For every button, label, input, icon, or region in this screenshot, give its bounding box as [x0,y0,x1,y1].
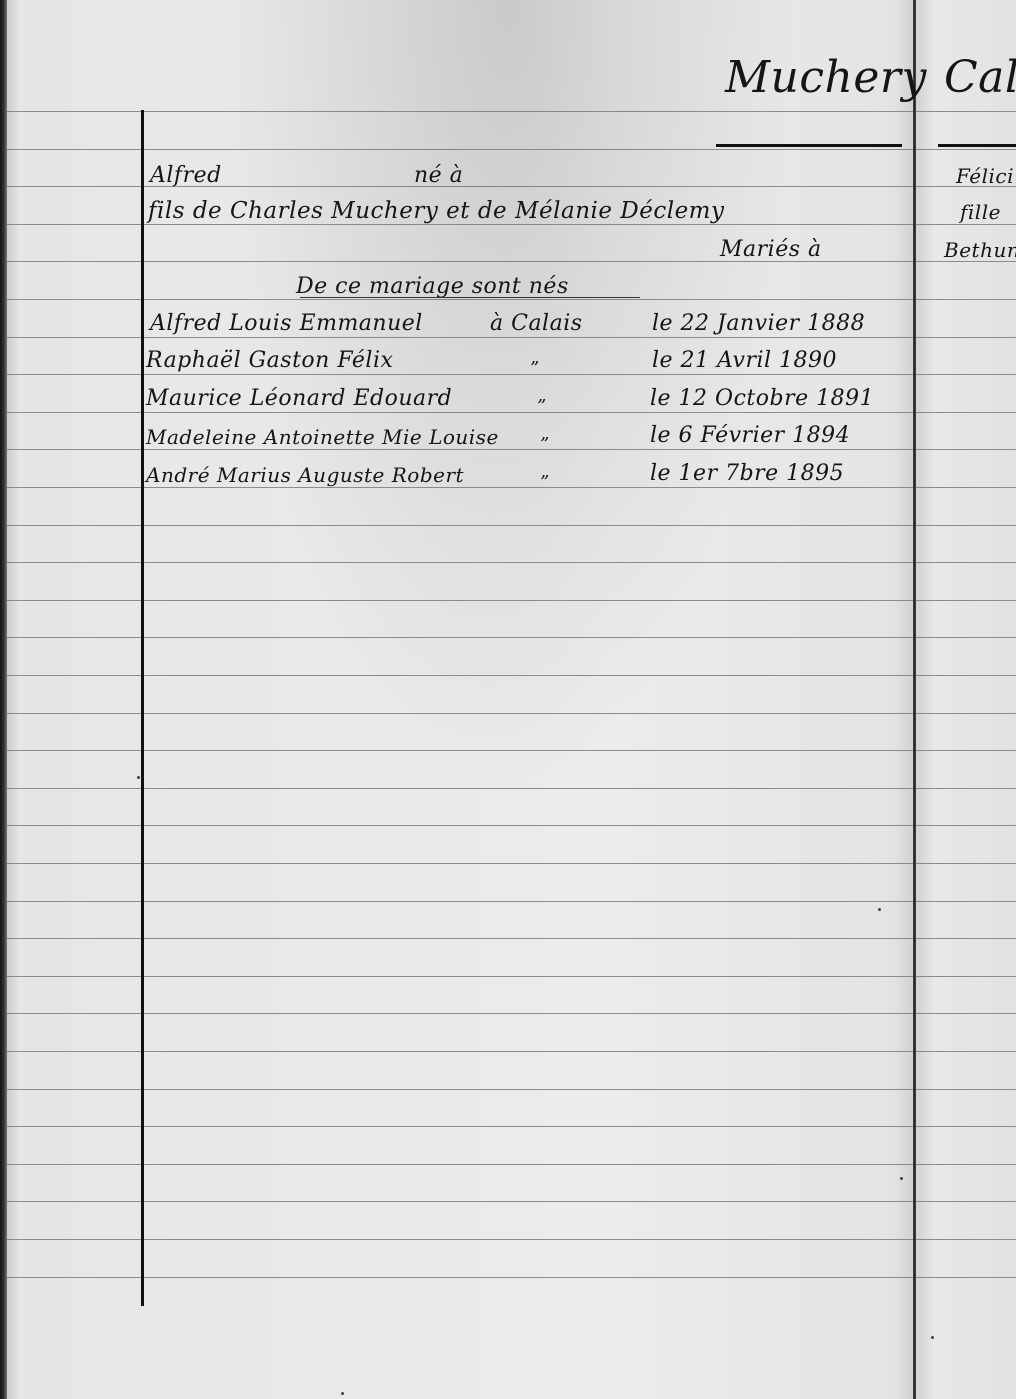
child-place: ” [540,434,550,455]
heading-underline [300,297,640,298]
ruled-line [7,149,1016,150]
ruled-line [7,374,1016,375]
surname-underline [716,144,902,147]
paper-speck [931,1336,934,1339]
child-name: André Marius Auguste Robert [146,463,464,487]
child-place: ” [540,472,550,493]
ruled-line [7,337,1016,338]
paper-speck [341,1392,344,1395]
child-place: ” [530,358,540,379]
paper-speck [137,776,140,779]
paper-speck [878,908,881,911]
ruled-line [7,261,1016,262]
children-heading: De ce mariage sont nés [296,274,569,299]
page-gutter [913,0,916,1399]
ruled-line [7,600,1016,601]
ruled-line [7,487,1016,488]
ruled-line [7,675,1016,676]
child-name: Alfred Louis Emmanuel [150,311,423,336]
child-name: Raphaël Gaston Félix [146,348,393,373]
ruled-line [7,976,1016,977]
ruled-line [7,750,1016,751]
ruled-line [7,1164,1016,1165]
next-page-underline [938,144,1016,147]
groom-born-at: né à [414,163,463,188]
child-date: le 12 Octobre 1891 [650,386,874,411]
page-binding-edge [0,0,7,1399]
parents-line: fils de Charles Muchery et de Mélanie Dé… [148,198,725,224]
ruled-line [7,825,1016,826]
ruled-line [7,901,1016,902]
surname-header: Muchery [725,52,927,103]
child-date: le 22 Janvier 1888 [652,311,865,336]
ruled-line [7,1277,1016,1278]
child-place: ” [537,396,547,417]
ruled-line [7,1013,1016,1014]
facing-page-fragment: fille [960,200,1001,224]
child-date: le 6 Février 1894 [650,423,850,448]
ruled-line [7,1126,1016,1127]
ruled-line [7,713,1016,714]
facing-page-fragment: Bethun [944,238,1016,262]
child-place: à Calais [490,311,583,336]
child-date: le 1er 7bre 1895 [650,461,844,486]
ruled-line [7,111,1016,112]
register-page: Muchery Cal Alfred né à fils de Charles … [0,0,1016,1399]
ruled-line [7,1051,1016,1052]
ruled-line [7,525,1016,526]
groom-first-name: Alfred [150,163,222,188]
ruled-line [7,863,1016,864]
paper-speck [900,1177,903,1180]
next-page-header: Cal [944,52,1016,103]
child-name: Maurice Léonard Edouard [146,386,452,411]
married-at: Mariés à [720,237,822,262]
ruled-line [7,562,1016,563]
ruled-line [7,449,1016,450]
facing-page-fragment: Félici [956,164,1014,188]
ruled-line [7,1201,1016,1202]
ruled-line [7,788,1016,789]
child-date: le 21 Avril 1890 [652,348,837,373]
ruled-line [7,1089,1016,1090]
ruled-line [7,938,1016,939]
ruled-line [7,1239,1016,1240]
child-name: Madeleine Antoinette Mie Louise [146,425,499,449]
ruled-line [7,299,1016,300]
margin-line [141,110,144,1306]
ruled-line [7,637,1016,638]
ruled-line [7,412,1016,413]
ruled-line [7,224,1016,225]
